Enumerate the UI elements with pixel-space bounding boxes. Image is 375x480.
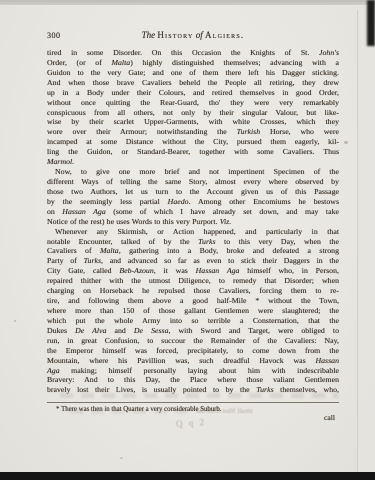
text-line: ling the Guidon, or Standard-Bearer, tog… [47,147,339,157]
scanned-book-page: { "page": { "number": "300", "running_ti… [0,0,375,480]
text-line: Mountain, where his Pavillion was, such … [47,356,339,366]
text-line: which put the whole Army into so terribl… [47,316,339,326]
text-line: tire, and following them above a good ha… [47,296,339,306]
text-line: by the seemingly less partial Haedo. Amo… [47,197,339,207]
scan-corner-mark [367,0,375,46]
bleedthrough-smudge [60,393,338,398]
running-title-the: The [142,30,156,40]
text-line: without once quitting the Rear-Guard, th… [47,98,339,108]
running-title-history: History [157,30,193,40]
text-line: Marmol. [47,157,339,167]
text-line: Whenever any Skirmish, or Action happene… [47,227,339,237]
adjacent-page-edge [358,10,375,477]
scan-bottom-edge [0,472,375,480]
text-line: Party of Turks, and advanced so far as e… [47,256,339,266]
running-title: The History of Algiers. [47,30,339,40]
paper-speck [344,141,348,144]
text-line: the Emperor himself was forced, precipit… [47,346,339,356]
text-line: And when those brave Cavaliers beheld th… [47,78,339,88]
text-line: Cavaliers of Malta, gathering into a Bod… [47,246,339,256]
text-line: Guidon to the very Gate; and one of them… [47,68,339,78]
text-line: wore over their Armour; notwithstanding … [47,127,339,137]
text-line: City Gate, called Beb-Azoun, it was Hass… [47,266,339,276]
text-line: wise by their scarlet Upper-Garments, wi… [47,117,339,127]
text-line: repaired thither with the utmost Diligen… [47,276,339,286]
footnote-rule [47,402,339,403]
text-line: those two Authors, let us turn to the Ac… [47,187,339,197]
text-line: Now, to give one more brief and not impe… [47,167,339,177]
footnote-marker: * [56,406,59,413]
book-page: 300 The History of Algiers. tired in som… [0,5,375,472]
running-title-algiers: Algiers. [205,30,244,40]
footnote-text: There was then in that Quarter a very co… [61,406,221,413]
running-title-of: of [196,30,203,40]
text-line: Notice of the rest) he uses Words to thi… [47,217,339,227]
text-line: on Hassan Aga (some of which I have alre… [47,207,339,217]
page-header: 300 The History of Algiers. [47,30,339,42]
text-line: Dukes De Alva and De Sessa, with Sword a… [47,326,339,336]
text-block: tired in some Disorder. On this Occasion… [47,48,339,395]
text-line: Aga making; himself personally laying ab… [47,366,339,376]
text-line: up in a Body under their Colours, and re… [47,88,339,98]
text-line: tired in some Disorder. On this Occasion… [47,48,339,58]
page-edge-crease [357,10,358,477]
signature-mark: Q q 2 [176,417,207,429]
text-line: Order, (or of Malta) highly distinguishe… [47,58,339,68]
text-line: conspicuous from all others, not only by… [47,108,339,118]
paper-speck [14,320,16,322]
text-line: different Ways of telling the same Story… [47,177,339,187]
text-line: charging on Horseback he repulsed those … [47,286,339,296]
text-line: where more than 150 of those gallant Gen… [47,306,339,316]
text-line: notable Encounter, talked of by the Turk… [47,237,339,247]
text-line: run, in great Confusion, to succour the … [47,336,339,346]
text-line: incamped at some Distance without the Ci… [47,137,339,147]
text-line: Bravery: And to this Day, the Place wher… [47,375,339,385]
paper-speck [120,457,123,459]
